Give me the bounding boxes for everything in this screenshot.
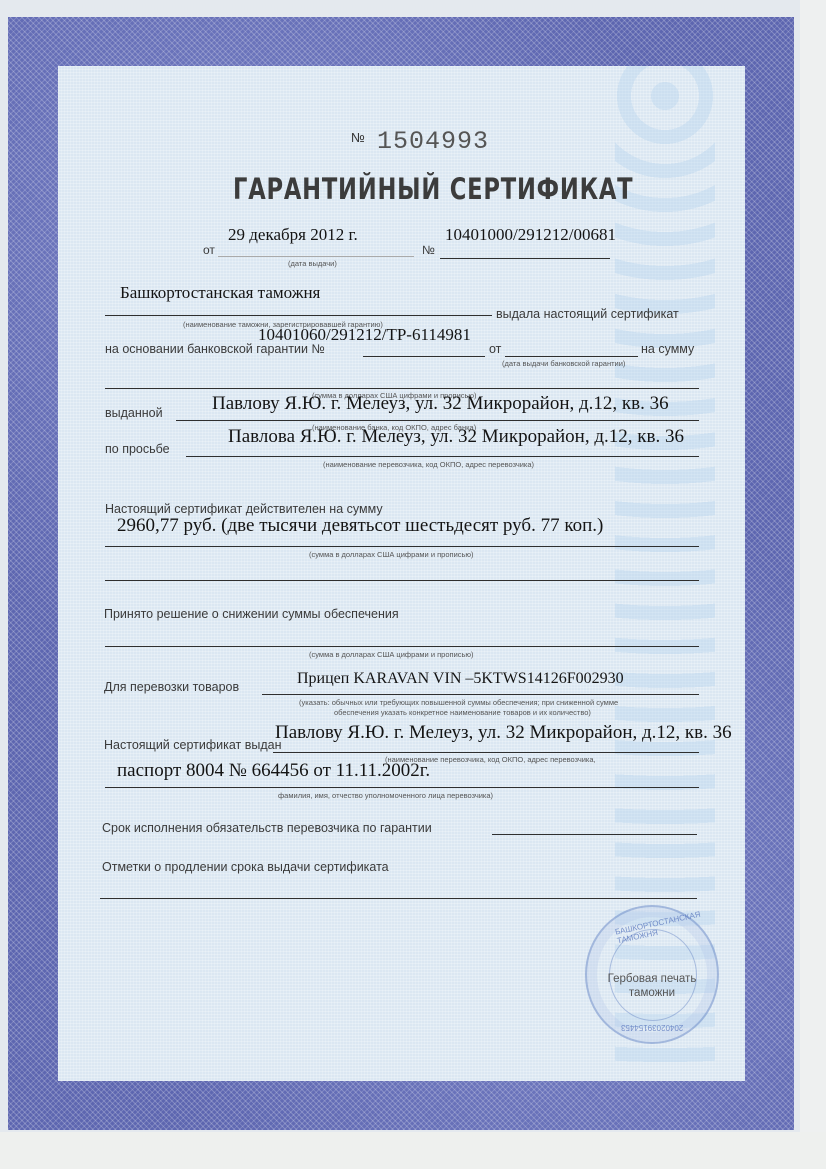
customs-name-value: Башкортостанская таможня: [120, 283, 320, 303]
issue-number-line: [440, 258, 610, 259]
bank-guarantee-amount-line: [105, 388, 699, 389]
bank-guarantee-from-label: от: [489, 342, 501, 356]
reduction-line: [105, 646, 699, 647]
issued-to-line: [176, 420, 699, 421]
passport-value: паспорт 8004 № 664456 от 11.11.2002г.: [117, 760, 430, 782]
seal-ring-bottom-text: 20402039154453: [621, 1023, 683, 1032]
serial-number: 1504993: [377, 127, 489, 156]
reduction-caption: (сумма в долларах США цифрами и прописью…: [309, 650, 474, 659]
valid-amount-line-2: [105, 580, 699, 581]
valid-amount-value: 2960,77 руб. (две тысячи девятьсот шесть…: [117, 515, 603, 537]
bank-guarantee-number-line: [363, 356, 485, 357]
issue-date-label: от: [203, 243, 215, 257]
issued-holder-value: Павлову Я.Ю. г. Мелеуз, ул. 32 Микрорайо…: [275, 722, 732, 744]
seal-label-line-2: таможни: [587, 986, 717, 1000]
passport-line: [105, 787, 699, 788]
document-title: ГАРАНТИЙНЫЙ СЕРТИФИКАТ: [233, 172, 633, 206]
issue-date-value: 29 декабря 2012 г.: [228, 225, 358, 245]
issue-date-line: [218, 256, 414, 257]
obligation-term-line: [492, 834, 697, 835]
goods-caption-line-2: обеспечения указать конкретное наименова…: [334, 708, 591, 717]
bank-guarantee-date-line: [505, 356, 638, 357]
issued-holder-line: [273, 752, 699, 753]
bank-guarantee-amount-label: на сумму: [641, 342, 694, 356]
valid-amount-caption: (сумма в долларах США цифрами и прописью…: [309, 550, 474, 559]
goods-value: Прицеп KARAVAN VIN –5KTWS14126F002930: [297, 670, 624, 688]
bank-guarantee-date-caption: (дата выдачи банковской гарантии): [502, 359, 625, 368]
scan-margin-right: [800, 0, 826, 1169]
goods-line: [262, 694, 699, 695]
on-request-caption: (наименование перевозчика, код ОКПО, адр…: [323, 460, 534, 469]
issue-number-value: 10401000/291212/00681: [445, 225, 616, 245]
passport-caption: фамилия, имя, отчество уполномоченного л…: [278, 791, 493, 800]
serial-number-label: №: [351, 130, 365, 145]
scan-margin-bottom: [0, 1132, 826, 1169]
valid-amount-line: [105, 546, 699, 547]
issue-date-caption: (дата выдачи): [288, 259, 337, 268]
issued-holder-label: Настоящий сертификат выдан: [104, 738, 282, 752]
goods-caption-line-1: (указать: обычных или требующих повышенн…: [299, 698, 618, 707]
reduction-label: Принято решение о снижении суммы обеспеч…: [104, 607, 399, 621]
goods-label: Для перевозки товаров: [104, 680, 239, 694]
on-request-value: Павлова Я.Ю. г. Мелеуз, ул. 32 Микрорайо…: [228, 426, 684, 448]
extension-marks-label: Отметки о продлении срока выдачи сертифи…: [102, 860, 389, 874]
seal-label-line-1: Гербовая печать: [587, 972, 717, 986]
issue-number-label: №: [422, 243, 435, 257]
on-request-label: по просьбе: [105, 442, 170, 456]
issued-to-label: выданной: [105, 406, 163, 420]
issued-to-value: Павлову Я.Ю. г. Мелеуз, ул. 32 Микрорайо…: [212, 393, 669, 415]
customs-suffix: выдала настоящий сертификат: [496, 307, 679, 321]
customs-seal: БАШКОРТОСТАНСКАЯ ТАМОЖНЯ 20402039154453 …: [585, 905, 719, 1044]
valid-amount-label: Настоящий сертификат действителен на сум…: [105, 502, 383, 516]
obligation-term-label: Срок исполнения обязательств перевозчика…: [102, 821, 432, 835]
on-request-line: [186, 456, 699, 457]
customs-name-line: [105, 315, 492, 316]
extension-marks-line: [100, 898, 697, 899]
bank-guarantee-label: на основании банковской гарантии №: [105, 342, 325, 356]
